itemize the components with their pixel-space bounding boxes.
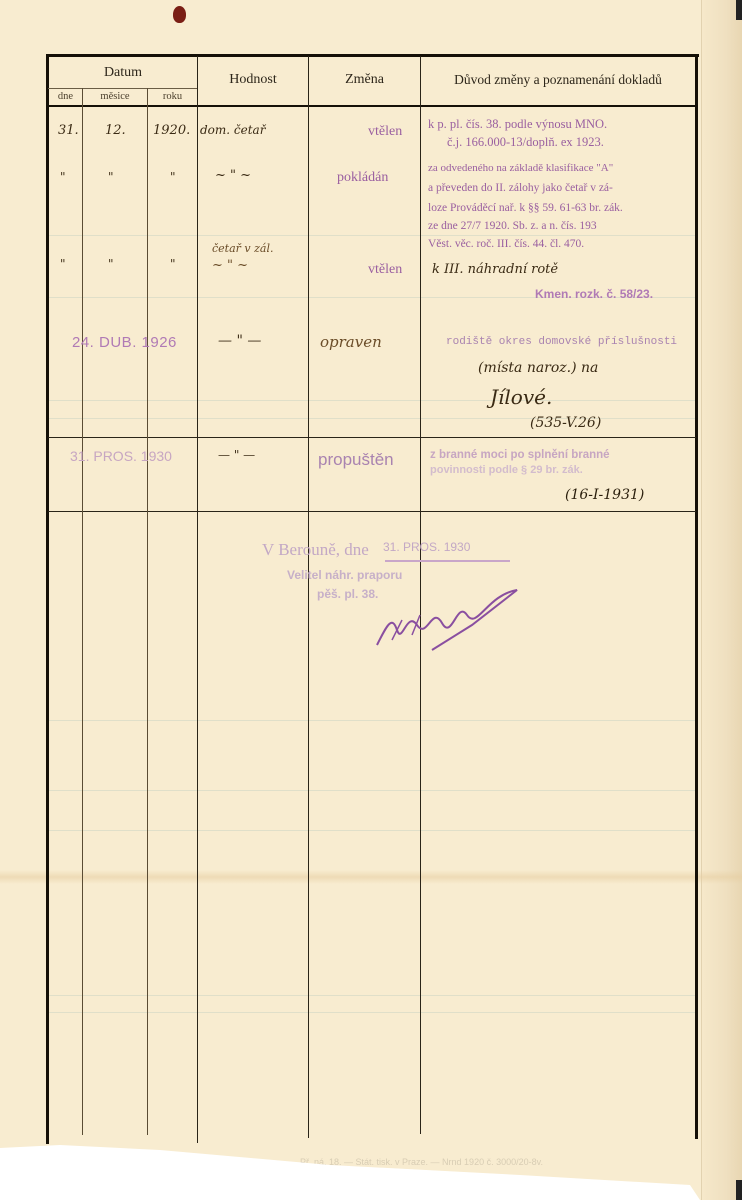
stamp-line1: Velitel náhr. praporu	[287, 568, 402, 582]
cell-dne: 31.	[58, 123, 79, 138]
cell-hodnost: — " —	[218, 448, 255, 462]
cell-duvod-line: ze dne 27/7 1920. Sb. z. a n. čís. 193	[428, 220, 597, 232]
cell-duvod-line: (místa naroz.) na	[478, 360, 598, 376]
header-duvod: Důvod změny a poznamenání dokladů	[421, 72, 695, 88]
header-mesice: měsice	[83, 91, 147, 102]
cell-hodnost-note: četař v zál.	[212, 242, 273, 255]
header-hodnost: Hodnost	[198, 72, 308, 88]
binding-edge	[736, 1180, 742, 1200]
paper-fold	[0, 870, 742, 884]
binding-edge	[736, 0, 742, 20]
header-roku: roku	[148, 91, 197, 102]
cell-duvod-line: (535-V.26)	[530, 415, 601, 431]
cell-zmena: propuštěn	[318, 450, 394, 470]
cell-duvod-line: z branné moci po splnění branné	[430, 449, 610, 461]
cell-duvod-line: Kmen. rozk. č. 58/23.	[535, 287, 653, 301]
cell-hodnost: — " —	[218, 333, 261, 349]
header-zmena: Změna	[309, 72, 420, 88]
cell-duvod-line: rodiště okres domovské příslušnosti	[446, 336, 677, 348]
cell-duvod-line: Jílové.	[490, 385, 552, 409]
cell-zmena: vtělen	[368, 262, 402, 278]
header-dne: dne	[49, 91, 82, 102]
cell-duvod-line: k p. pl. čís. 38. podle výnosu MNO.	[428, 117, 607, 132]
cell-mesice: "	[108, 257, 114, 271]
cell-duvod-line: č.j. 166.000-13/doplň. ex 1923.	[447, 135, 604, 150]
cell-zmena: opraven	[320, 333, 382, 351]
cell-roku: "	[170, 257, 176, 271]
cell-dne: "	[60, 170, 66, 184]
cell-hodnost: ~ " ~	[215, 168, 251, 183]
page-edge	[701, 0, 742, 1200]
cell-duvod-line: a převeden do II. zálohy jako četař v zá…	[428, 182, 613, 194]
cell-duvod-line: loze Prováděcí nař. k §§ 59. 61-63 br. z…	[428, 202, 623, 214]
cell-zmena: pokládán	[337, 170, 388, 186]
cell-hodnost: ~ " ~	[212, 258, 248, 273]
cell-dne: "	[60, 257, 66, 271]
header-datum: Datum	[49, 65, 197, 81]
cell-zmena: vtělen	[368, 124, 402, 140]
cell-duvod-line: za odvedeného na základě klasifikace "A"	[428, 162, 613, 174]
stamp-line2: pěš. pl. 38.	[317, 587, 378, 601]
cell-roku: "	[170, 170, 176, 184]
commander-signature	[372, 585, 522, 655]
cell-duvod-line: (16-I-1931)	[565, 487, 644, 503]
cell-mesice: "	[108, 170, 114, 184]
cell-date-stamp: 31. PROS. 1930	[70, 448, 172, 464]
stamp-place: V Berouně, dne	[262, 540, 369, 560]
stamp-date: 31. PROS. 1930	[383, 540, 470, 554]
cell-duvod-line: k III. náhradní rotě	[432, 262, 558, 277]
cell-duvod-line: Věst. věc. roč. III. čís. 44. čl. 470.	[428, 238, 584, 250]
cell-duvod-line: povinnosti podle § 29 br. zák.	[430, 464, 583, 476]
cell-hodnost: dom. četař	[200, 123, 265, 137]
cell-mesice: 12.	[105, 123, 126, 138]
cell-date-stamp: 24. DUB. 1926	[72, 334, 177, 351]
ink-blot	[173, 6, 186, 23]
document-page: Datum dne měsice roku Hodnost Změna Důvo…	[0, 0, 742, 1200]
cell-roku: 1920.	[153, 123, 190, 138]
